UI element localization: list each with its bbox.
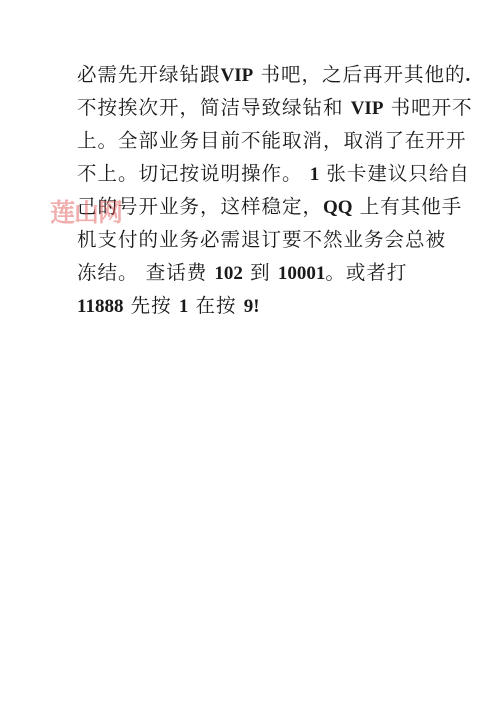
bold-text: 10001: [278, 263, 326, 284]
text-line: 己的号开业务，这样稳定，QQ 上有其他手: [77, 190, 427, 223]
text-segment: 机支付的业务必需退订要不然业务会总被: [77, 228, 446, 251]
bold-text: 9!: [244, 296, 260, 317]
bold-text: .: [465, 65, 470, 86]
text-line: 11888 先按 1 在按 9!: [77, 289, 427, 322]
text-line: 冻结。 查话费 102 到 10001。或者打: [77, 256, 427, 289]
bold-text: 1: [179, 296, 189, 317]
bold-text: 11888: [77, 296, 123, 317]
text-segment: 。或者打: [325, 261, 407, 284]
text-segment: 不上。切记按说明操作。: [77, 162, 310, 185]
bold-text: 102: [214, 263, 243, 284]
text-segment: 书吧开不: [383, 96, 472, 119]
bold-text: QQ: [323, 197, 353, 218]
text-segment: 上有其他手: [353, 195, 463, 218]
text-line: 上。全部业务目前不能取消，取消了在开开: [77, 124, 427, 157]
text-line: 必需先开绿钻跟VIP 书吧，之后再开其他的.: [77, 58, 427, 91]
bold-text: 1: [310, 164, 320, 185]
text-line: 机支付的业务必需退订要不然业务会总被: [77, 223, 427, 256]
body-text: 必需先开绿钻跟VIP 书吧，之后再开其他的.不按挨次开，简洁导致绿钻和 VIP …: [77, 58, 427, 322]
text-line: 不上。切记按说明操作。 1 张卡建议只给自: [77, 157, 427, 190]
text-segment: 书吧，之后再开其他的: [253, 63, 465, 86]
text-segment: 上。全部业务目前不能取消，取消了在开开: [77, 129, 467, 152]
watermark: 莲山网: [50, 193, 122, 229]
text-line: 不按挨次开，简洁导致绿钻和 VIP 书吧开不: [77, 91, 427, 124]
text-segment: 必需先开绿钻跟: [77, 63, 221, 86]
bold-text: VIP: [221, 65, 254, 86]
text-segment: 不按挨次开，简洁导致绿钻和: [77, 96, 351, 119]
bold-text: VIP: [351, 98, 384, 119]
text-segment: 先按: [123, 294, 178, 317]
text-segment: 冻结。 查话费: [77, 261, 214, 284]
text-segment: 到: [243, 261, 278, 284]
text-segment: 张卡建议只给自: [319, 162, 470, 185]
text-segment: 在按: [188, 294, 243, 317]
document-page: 必需先开绿钻跟VIP 书吧，之后再开其他的.不按挨次开，简洁导致绿钻和 VIP …: [0, 0, 500, 707]
